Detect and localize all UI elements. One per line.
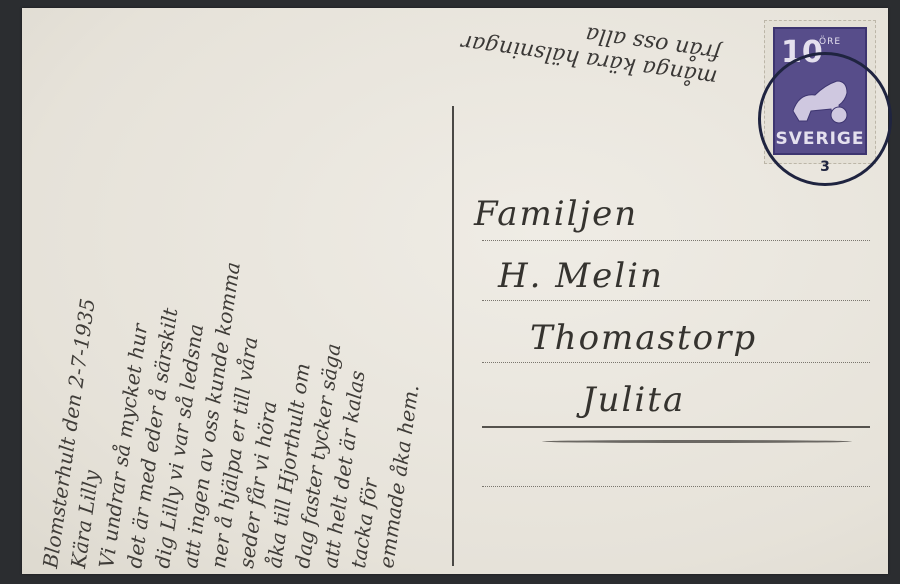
address-town: Julita bbox=[582, 380, 685, 420]
underline-stroke bbox=[542, 440, 852, 443]
postmark-circle: 3 bbox=[758, 52, 892, 186]
divider-line bbox=[452, 106, 454, 566]
stamp-unit: ÖRE bbox=[819, 37, 841, 47]
handwritten-message: Blomsterhult den 2-7-1935 Kära Lilly Vi … bbox=[32, 28, 442, 568]
address-recipient: Familjen bbox=[474, 194, 638, 234]
address-line bbox=[482, 362, 870, 363]
message-line: emmade åka hem. bbox=[374, 383, 424, 570]
address-line bbox=[482, 240, 870, 241]
address-line bbox=[482, 426, 870, 428]
address-name: H. Melin bbox=[498, 256, 664, 296]
upside-down-note: många kära hälsningar från oss alla bbox=[460, 4, 723, 89]
address-line bbox=[482, 486, 870, 487]
address-place: Thomastorp bbox=[530, 318, 757, 358]
address-line bbox=[482, 300, 870, 301]
postmark-code: 3 bbox=[820, 159, 830, 175]
postcard: många kära hälsningar från oss alla Blom… bbox=[22, 8, 888, 574]
